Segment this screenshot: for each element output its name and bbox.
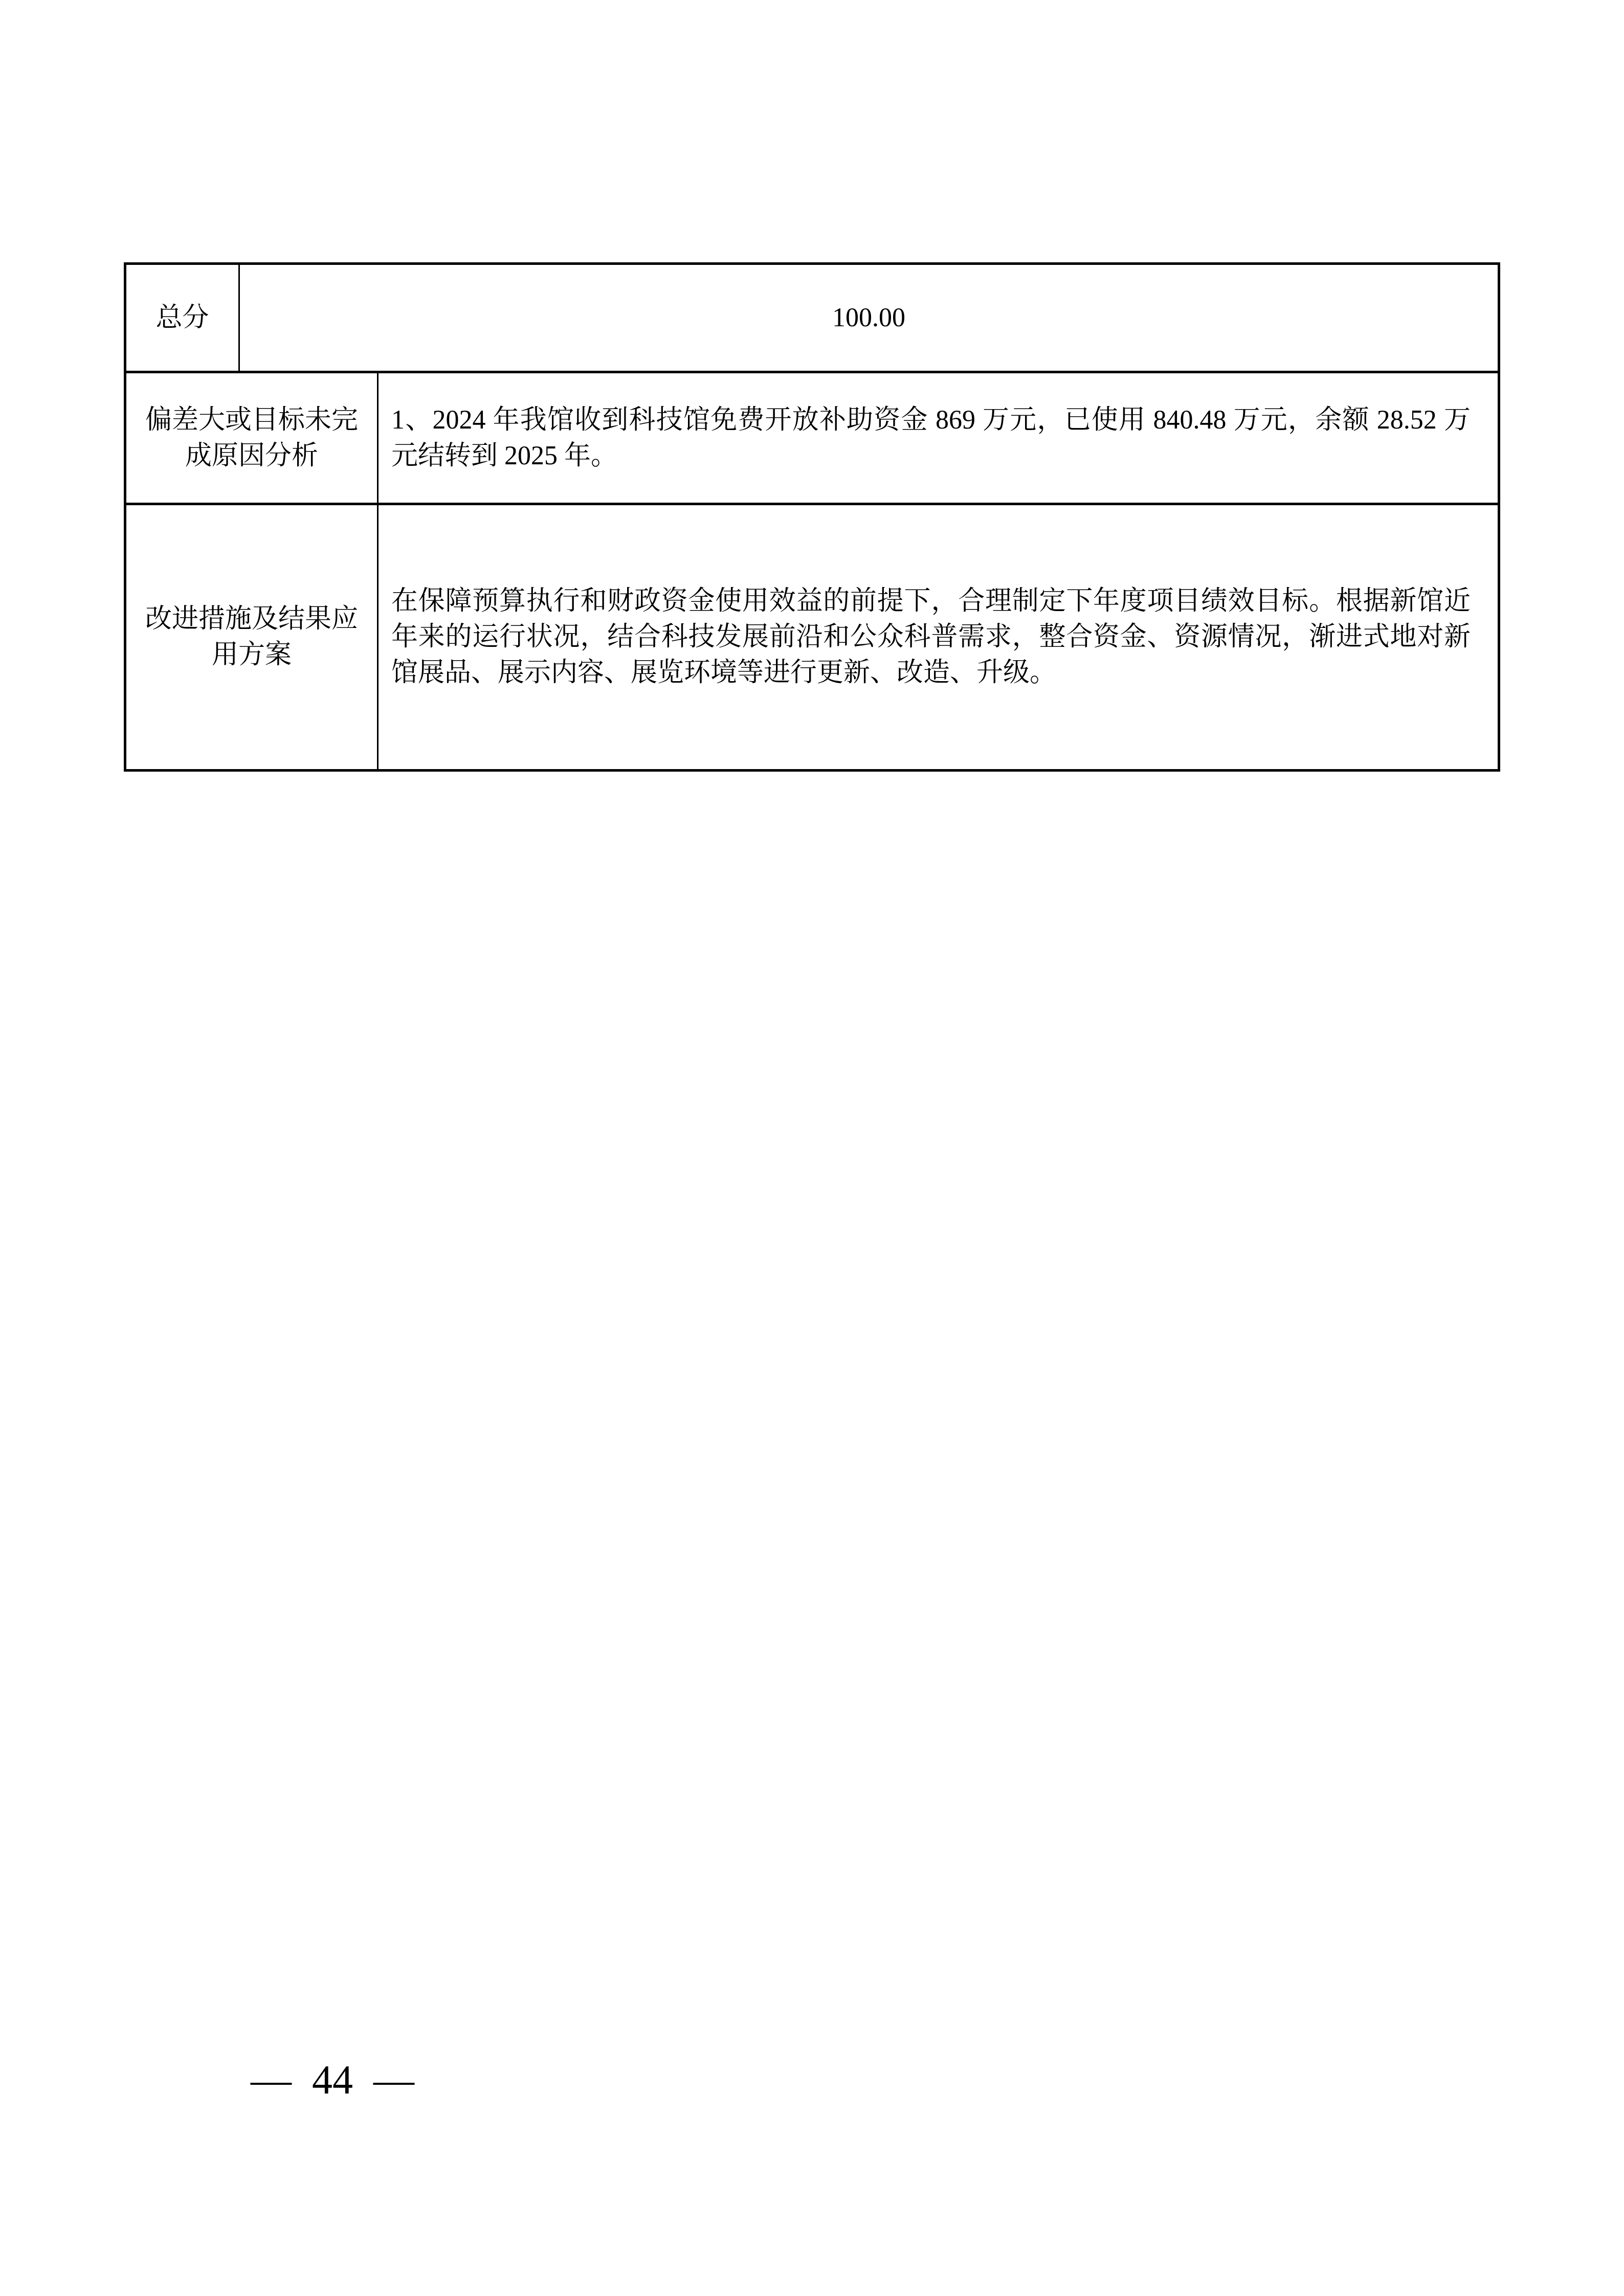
- deviation-analysis-label: 偏差大或目标未完成原因分析: [142, 402, 362, 474]
- improvement-measures-label: 改进措施及结果应用方案: [142, 601, 362, 673]
- table-row-deviation-analysis: 偏差大或目标未完成原因分析 1、2024 年我馆收到科技馆免费开放补助资金 86…: [126, 373, 1498, 505]
- performance-score-table: 总分 100.00 偏差大或目标未完成原因分析 1、2024 年我馆收到科技馆免…: [124, 262, 1500, 772]
- total-score-label-cell: 总分: [126, 265, 240, 371]
- deviation-analysis-content-cell: 1、2024 年我馆收到科技馆免费开放补助资金 869 万元，已使用 840.4…: [379, 373, 1498, 503]
- total-score-value-cell: 100.00: [240, 265, 1498, 371]
- document-page: 总分 100.00 偏差大或目标未完成原因分析 1、2024 年我馆收到科技馆免…: [0, 0, 1624, 2296]
- deviation-analysis-text: 1、2024 年我馆收到科技馆免费开放补助资金 869 万元，已使用 840.4…: [391, 402, 1471, 474]
- deviation-analysis-label-cell: 偏差大或目标未完成原因分析: [126, 373, 379, 503]
- table-row-improvement-measures: 改进措施及结果应用方案 在保障预算执行和财政资金使用效益的前提下，合理制定下年度…: [126, 505, 1498, 769]
- total-score-value: 100.00: [832, 300, 905, 336]
- table-row-total-score: 总分 100.00: [126, 265, 1498, 373]
- total-score-label: 总分: [155, 300, 209, 336]
- improvement-measures-content-cell: 在保障预算执行和财政资金使用效益的前提下，合理制定下年度项目绩效目标。根据新馆近…: [379, 505, 1498, 769]
- improvement-measures-text: 在保障预算执行和财政资金使用效益的前提下，合理制定下年度项目绩效目标。根据新馆近…: [391, 583, 1471, 691]
- page-number: — 44 —: [251, 2060, 414, 2101]
- improvement-measures-label-cell: 改进措施及结果应用方案: [126, 505, 379, 769]
